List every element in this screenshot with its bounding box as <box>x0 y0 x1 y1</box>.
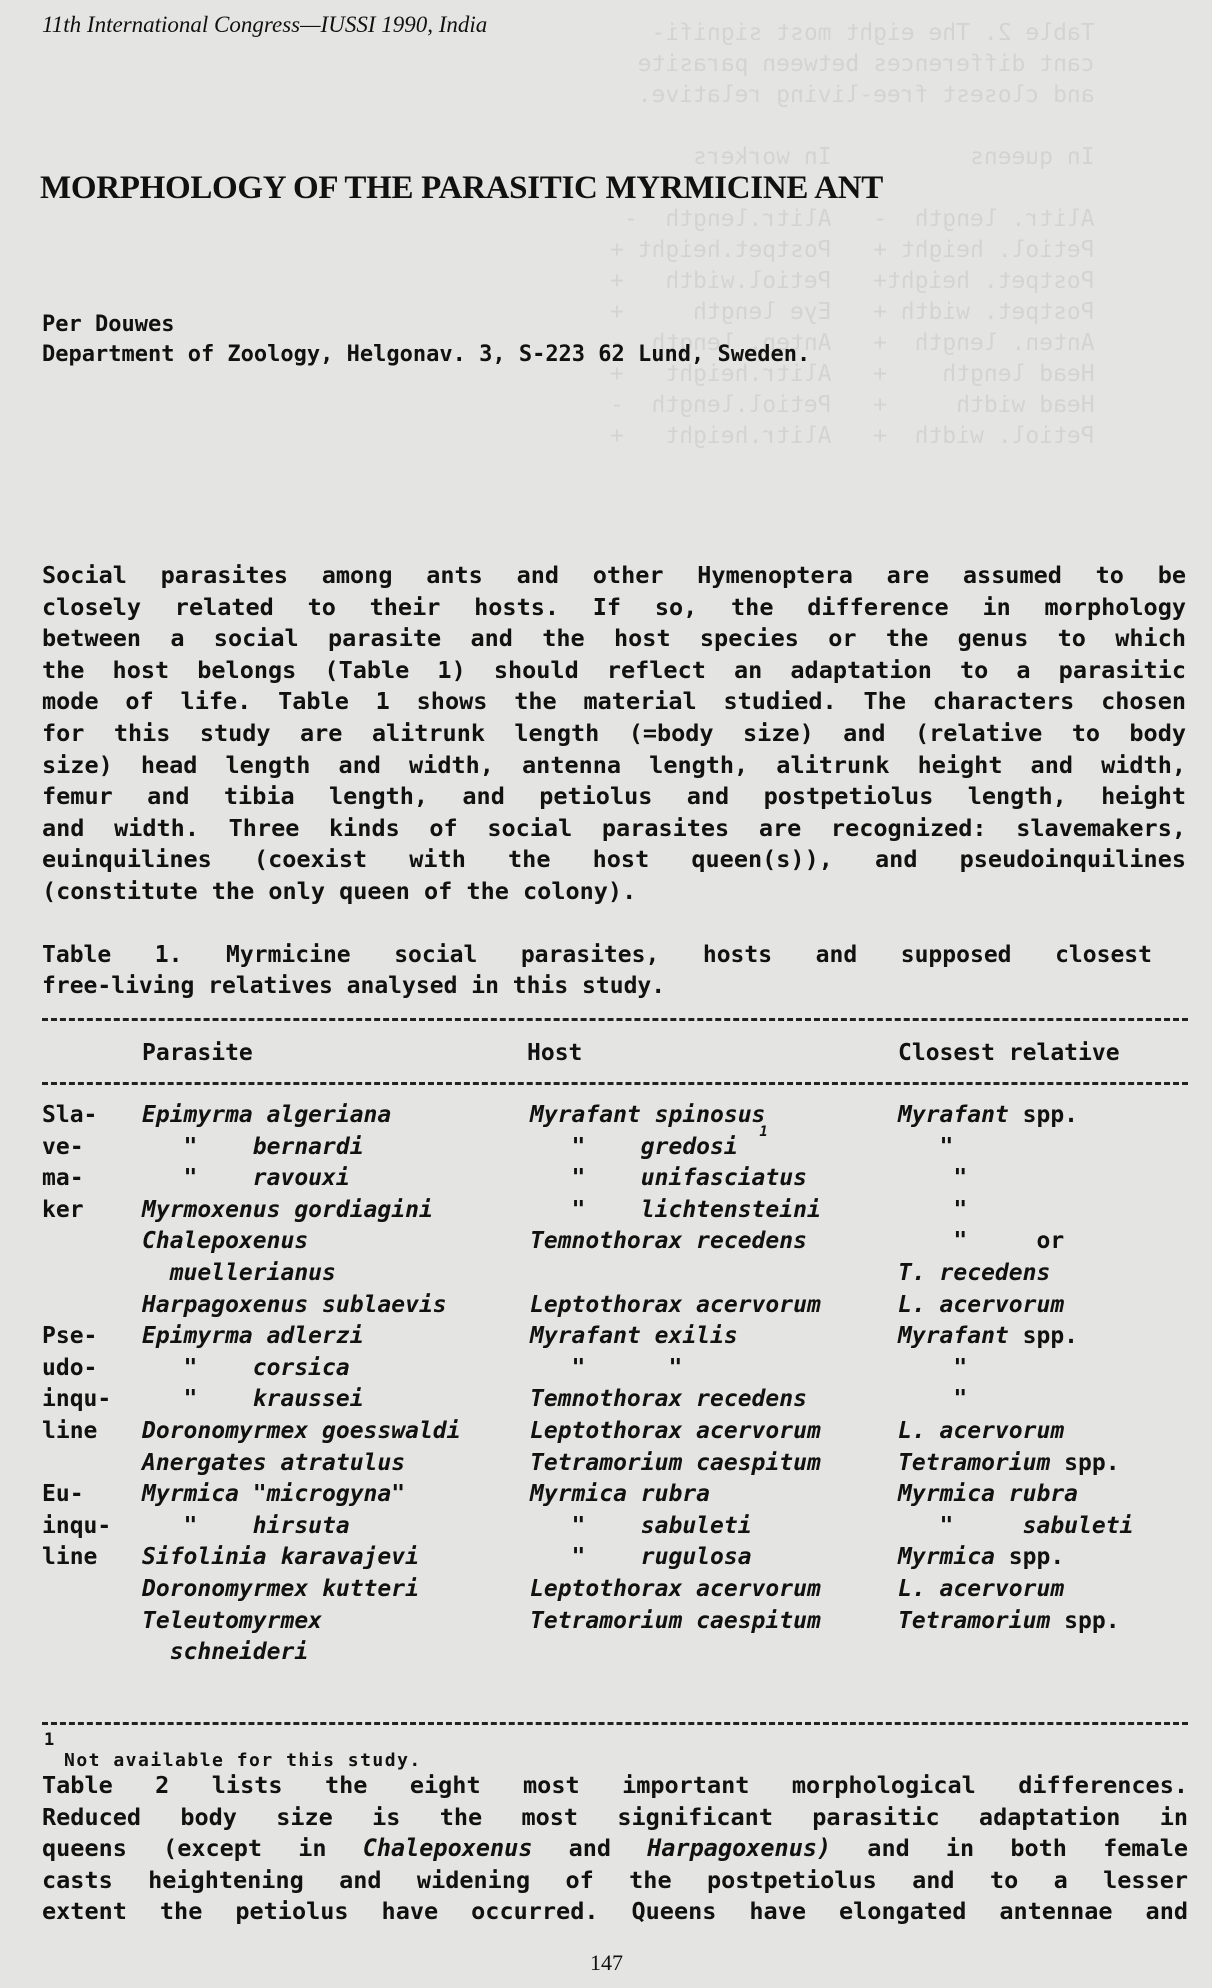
paragraph-line: extent the petiolus have occurred. Queen… <box>42 1896 1188 1928</box>
parasite-cell: Myrmoxenus gordiagini <box>142 1197 433 1223</box>
relative-cell: " <box>898 1165 967 1191</box>
abstract-line: the host belongs (Table 1) should reflec… <box>42 655 1186 687</box>
host-cell: Temnothorax recedens <box>530 1386 807 1412</box>
relative-cell: " <box>898 1134 953 1160</box>
author-name: Per Douwes <box>42 310 810 340</box>
author-affiliation: Department of Zoology, Helgonav. 3, S-22… <box>42 340 810 370</box>
parasite-cell: Chalepoxenus <box>142 1228 308 1254</box>
running-header: 11th International Congress—IUSSI 1990, … <box>42 12 487 38</box>
parasite-group: inqu- <box>42 1513 111 1539</box>
host-cell: Tetramorium caespitum <box>530 1450 821 1476</box>
host-cell: Temnothorax recedens <box>530 1228 807 1254</box>
relative-cell: L. acervorum <box>898 1292 1064 1318</box>
abstract-paragraph: Social parasites among ants and other Hy… <box>42 560 1186 908</box>
parasite-cell: Sifolinia karavajevi <box>142 1544 419 1570</box>
table1-header-host: Host <box>527 1040 582 1066</box>
relative-cell: Myrafant spp. <box>898 1323 1078 1349</box>
relative-cell: Myrmica rubra <box>898 1481 1078 1507</box>
parasite-cell: " bernardi <box>142 1134 364 1160</box>
parasite-group: ker <box>42 1197 84 1223</box>
parasite-cell: Myrmica "microgyna" <box>142 1481 405 1507</box>
table1-caption: Table 1. Myrmicine social parasites, hos… <box>42 940 1152 1002</box>
table1-caption-line: Table 1. Myrmicine social parasites, hos… <box>42 940 1152 971</box>
relative-cell: " <box>898 1386 967 1412</box>
abstract-line: euinquilines (coexist with the host quee… <box>42 844 1186 876</box>
abstract-line: between a social parasite and the host s… <box>42 623 1186 655</box>
paragraph-line: Table 2 lists the eight most important m… <box>42 1770 1188 1802</box>
relative-cell: T. recedens <box>898 1260 1050 1286</box>
host-cell: Myrmica rubra <box>530 1481 710 1507</box>
host-cell: " lichtensteini <box>530 1197 821 1223</box>
parasite-cell: " kraussei <box>142 1386 364 1412</box>
table1-caption-line: free-living relatives analysed in this s… <box>42 971 1152 1002</box>
relative-cell: Myrmica spp. <box>898 1544 1064 1570</box>
relative-cell: Tetramorium spp. <box>898 1450 1120 1476</box>
abstract-line: (constitute the only queen of the colony… <box>42 876 1186 908</box>
relative-cell: " sabuleti <box>898 1513 1133 1539</box>
parasite-cell: Doronomyrmex goesswaldi <box>142 1418 461 1444</box>
parasite-cell: " ravouxi <box>142 1165 350 1191</box>
host-cell: Tetramorium caespitum <box>530 1608 821 1634</box>
parasite-group: ve- <box>42 1134 84 1160</box>
parasite-group: line <box>42 1418 97 1444</box>
parasite-cell: Anergates atratulus <box>142 1450 405 1476</box>
parasite-cell: Doronomyrmex kutteri <box>142 1576 419 1602</box>
parasite-group: Pse- <box>42 1323 97 1349</box>
abstract-line: mode of life. Table 1 shows the material… <box>42 686 1186 718</box>
paper-title: MORPHOLOGY OF THE PARASITIC MYRMICINE AN… <box>40 170 883 207</box>
relative-cell: Tetramorium spp. <box>898 1608 1120 1634</box>
parasite-cell: Epimyrma algeriana <box>142 1102 391 1128</box>
host-cell: Leptothorax acervorum <box>530 1292 821 1318</box>
abstract-line: closely related to their hosts. If so, t… <box>42 592 1186 624</box>
paragraph-line: Reduced body size is the most significan… <box>42 1802 1188 1834</box>
abstract-line: and width. Three kinds of social parasit… <box>42 813 1186 845</box>
parasite-cell: schneideri <box>142 1639 308 1665</box>
parasite-group: udo- <box>42 1355 97 1381</box>
relative-cell: L. acervorum <box>898 1418 1064 1444</box>
author-block: Per Douwes Department of Zoology, Helgon… <box>42 310 810 370</box>
parasite-group: Eu- <box>42 1481 84 1507</box>
relative-cell: Myrafant spp. <box>898 1102 1078 1128</box>
abstract-line: size) head length and width, antenna len… <box>42 750 1186 782</box>
abstract-line: Social parasites among ants and other Hy… <box>42 560 1186 592</box>
footnote-number: 1 <box>44 1730 54 1750</box>
host-cell: Leptothorax acervorum <box>530 1576 821 1602</box>
paragraph-line: casts heightening and widening of the po… <box>42 1865 1188 1897</box>
parasite-cell: muellerianus <box>142 1260 336 1286</box>
parasite-cell: " hirsuta <box>142 1513 350 1539</box>
table-header-rule <box>42 1082 1188 1085</box>
host-cell: Leptothorax acervorum <box>530 1418 821 1444</box>
host-cell: " " <box>530 1355 682 1381</box>
table2-paragraph: Table 2 lists the eight most important m… <box>42 1770 1188 1928</box>
paragraph-line: queens (except in Chalepoxenus and Harpa… <box>42 1833 1188 1865</box>
relative-cell: " <box>898 1197 967 1223</box>
relative-cell: L. acervorum <box>898 1576 1064 1602</box>
host-cell: " unifasciatus <box>530 1165 807 1191</box>
bleed-through-text: Table 2. The eight most signifi- cant di… <box>610 18 1095 452</box>
abstract-line: for this study are alitrunk length (=bod… <box>42 718 1186 750</box>
relative-cell: " <box>898 1355 967 1381</box>
relative-cell: " or <box>898 1228 1064 1254</box>
host-cell: " sabuleti <box>530 1513 752 1539</box>
parasite-cell: Epimyrma adlerzi <box>142 1323 364 1349</box>
footnote-text: Not available for this study. <box>64 1750 422 1771</box>
table1-header-parasite: Parasite <box>142 1040 253 1066</box>
host-cell: " rugulosa <box>530 1544 752 1570</box>
parasite-group: line <box>42 1544 97 1570</box>
footnote-marker: 1 <box>759 1124 767 1140</box>
host-cell: " gredosi <box>530 1134 738 1160</box>
table1-header-relative: Closest relative <box>898 1040 1120 1066</box>
parasite-cell: Teleutomyrmex <box>142 1608 322 1634</box>
abstract-line: femur and tibia length, and petiolus and… <box>42 781 1186 813</box>
table-bottom-rule <box>42 1722 1188 1725</box>
parasite-group: inqu- <box>42 1386 111 1412</box>
table-top-rule <box>42 1018 1188 1021</box>
parasite-cell: Harpagoxenus sublaevis <box>142 1292 447 1318</box>
host-cell: Myrafant exilis <box>530 1323 738 1349</box>
parasite-group: ma- <box>42 1165 84 1191</box>
parasite-cell: " corsica <box>142 1355 350 1381</box>
page-number: 147 <box>590 1950 623 1976</box>
parasite-group: Sla- <box>42 1102 97 1128</box>
